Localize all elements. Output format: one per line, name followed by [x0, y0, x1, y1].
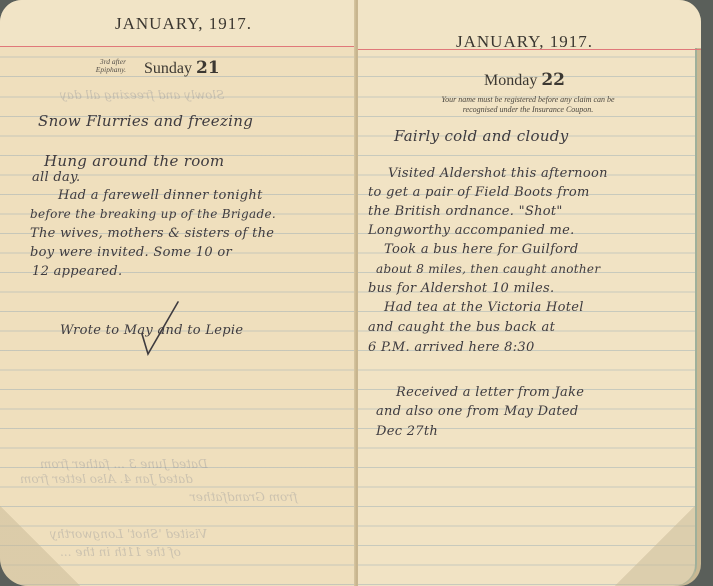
show-through-text: Dated June 3 ... father from	[40, 457, 208, 471]
day-number: 22	[541, 70, 565, 90]
entry-line: Snow Flurries and freezing	[38, 112, 253, 130]
entry-line: Dec 27th	[376, 424, 438, 439]
entry-line: all day.	[32, 170, 80, 185]
entry-line: the British ordnance. "Shot"	[368, 204, 563, 219]
day-heading: Monday 22	[484, 70, 565, 90]
show-through-text: dated Jan 4. Also letter from	[20, 472, 193, 486]
day-number: 21	[196, 58, 220, 78]
day-name: Monday	[484, 72, 537, 89]
entry-line: Had a farewell dinner tonight	[58, 188, 263, 203]
entry-line: The wives, mothers & sisters of the	[30, 226, 274, 241]
page-corner-fold	[615, 506, 695, 586]
entry-line: Visited Aldershot this afternoon	[388, 166, 608, 181]
entry-line: Longworthy accompanied me.	[368, 223, 575, 238]
entry-line: to get a pair of Field Boots from	[368, 185, 590, 200]
month-header: JANUARY, 1917.	[115, 14, 252, 34]
liturgical-note: 3rd after Epiphany.	[86, 58, 126, 74]
entry-line: before the breaking up of the Brigade.	[30, 207, 276, 221]
diary-page-left: JANUARY, 1917. 3rd after Epiphany. Sunda…	[0, 0, 358, 586]
day-name: Sunday	[144, 60, 192, 77]
show-through-text: from Grandfather	[190, 490, 297, 504]
day-heading: Sunday 21	[144, 58, 220, 78]
page-corner-fold	[0, 506, 80, 586]
entry-line: Fairly cold and cloudy	[394, 127, 568, 145]
checkmark-icon	[140, 300, 180, 356]
entry-line: boy were invited. Some 10 or	[30, 245, 232, 260]
red-rule	[358, 49, 701, 50]
entry-line: 12 appeared.	[32, 264, 122, 279]
entry-line: bus for Aldershot 10 miles.	[368, 281, 554, 296]
show-through-text: Slowly and freezing all day	[60, 88, 224, 102]
entry-line: Received a letter from Jake	[396, 385, 584, 400]
entry-line: and caught the bus back at	[368, 320, 555, 335]
red-rule	[0, 46, 358, 47]
entry-line: and also one from May Dated	[376, 404, 579, 419]
entry-line: about 8 miles, then caught another	[376, 262, 600, 276]
diary-page-right: JANUARY, 1917. Monday 22 Your name must …	[358, 0, 701, 586]
insurance-notice: Your name must be registered before any …	[378, 95, 678, 115]
entry-line: Hung around the room	[44, 152, 224, 170]
entry-line: Had tea at the Victoria Hotel	[384, 300, 584, 315]
entry-line: 6 P.M. arrived here 8:30	[368, 340, 535, 355]
entry-line: Took a bus here for Guilford	[384, 242, 578, 257]
